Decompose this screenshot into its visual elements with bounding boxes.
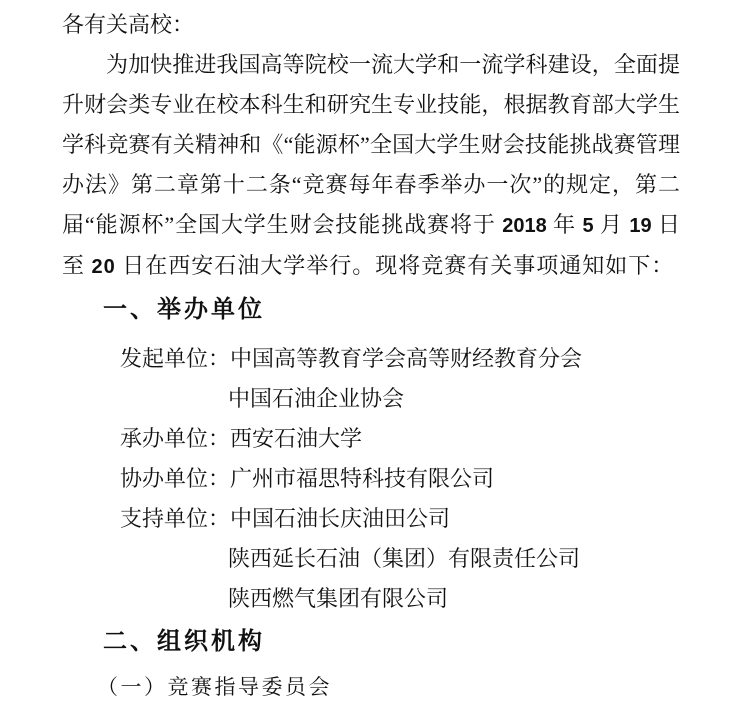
organizer-entry-continuation: 中国石油企业协会 [62,379,680,419]
entry-value: 中国石油长庆油田公司 [230,506,450,531]
entry-value: 陕西延长石油（集团）有限责任公司 [228,546,580,571]
paragraph-line: 升财会类专业在校本科生和研究生专业技能，根据教育部大学生 [62,85,680,125]
entry-label: 承办单位： [120,426,230,451]
organizer-entry-continuation: 陕西燃气集团有限公司 [62,579,680,619]
intro-paragraph: 为加快推进我国高等院校一流大学和一流学科建设，全面提 升财会类专业在校本科生和研… [62,45,680,287]
organizer-entry: 发起单位：中国高等教育学会高等财经教育分会 [62,339,680,379]
section2-heading: 二、组织机构 [62,619,680,665]
entry-value: 西安石油大学 [230,426,362,451]
entry-label: 发起单位： [120,346,230,371]
entry-label: 协办单位： [120,466,230,491]
organizer-entry: 承办单位：西安石油大学 [62,419,680,459]
entry-value: 中国石油企业协会 [228,386,404,411]
organizer-entry-continuation: 陕西延长石油（集团）有限责任公司 [62,539,680,579]
notice-document-page: 各有关高校： 为加快推进我国高等院校一流大学和一流学科建设，全面提 升财会类专业… [0,0,743,720]
paragraph-line: 为加快推进我国高等院校一流大学和一流学科建设，全面提 [62,45,680,85]
entry-value: 陕西燃气集团有限公司 [228,586,448,611]
organizer-entry: 协办单位：广州市福思特科技有限公司 [62,459,680,499]
section1-heading: 一、举办单位 [62,287,680,333]
organizer-entry: 支持单位：中国石油长庆油田公司 [62,499,680,539]
entry-value: 中国高等教育学会高等财经教育分会 [230,346,582,371]
paragraph-line: 届“能源杯”全国大学生财会技能挑战赛将于 2018 年 5 月 19 日 [62,205,680,246]
paragraph-line: 学科竞赛有关精神和《“能源杯”全国大学生财会技能挑战赛管理 [62,125,680,165]
entry-label: 支持单位： [120,506,230,531]
entry-value: 广州市福思特科技有限公司 [230,466,494,491]
section2-subheading: （一）竞赛指导委员会 [62,667,680,707]
paragraph-line: 至 20 日在西安石油大学举行。现将竞赛有关事项通知如下： [62,246,680,287]
organizer-list: 发起单位：中国高等教育学会高等财经教育分会 中国石油企业协会 承办单位：西安石油… [62,339,680,619]
salutation-line: 各有关高校： [62,5,680,45]
paragraph-line: 办法》第二章第十二条“竞赛每年春季举办一次”的规定，第二 [62,165,680,205]
